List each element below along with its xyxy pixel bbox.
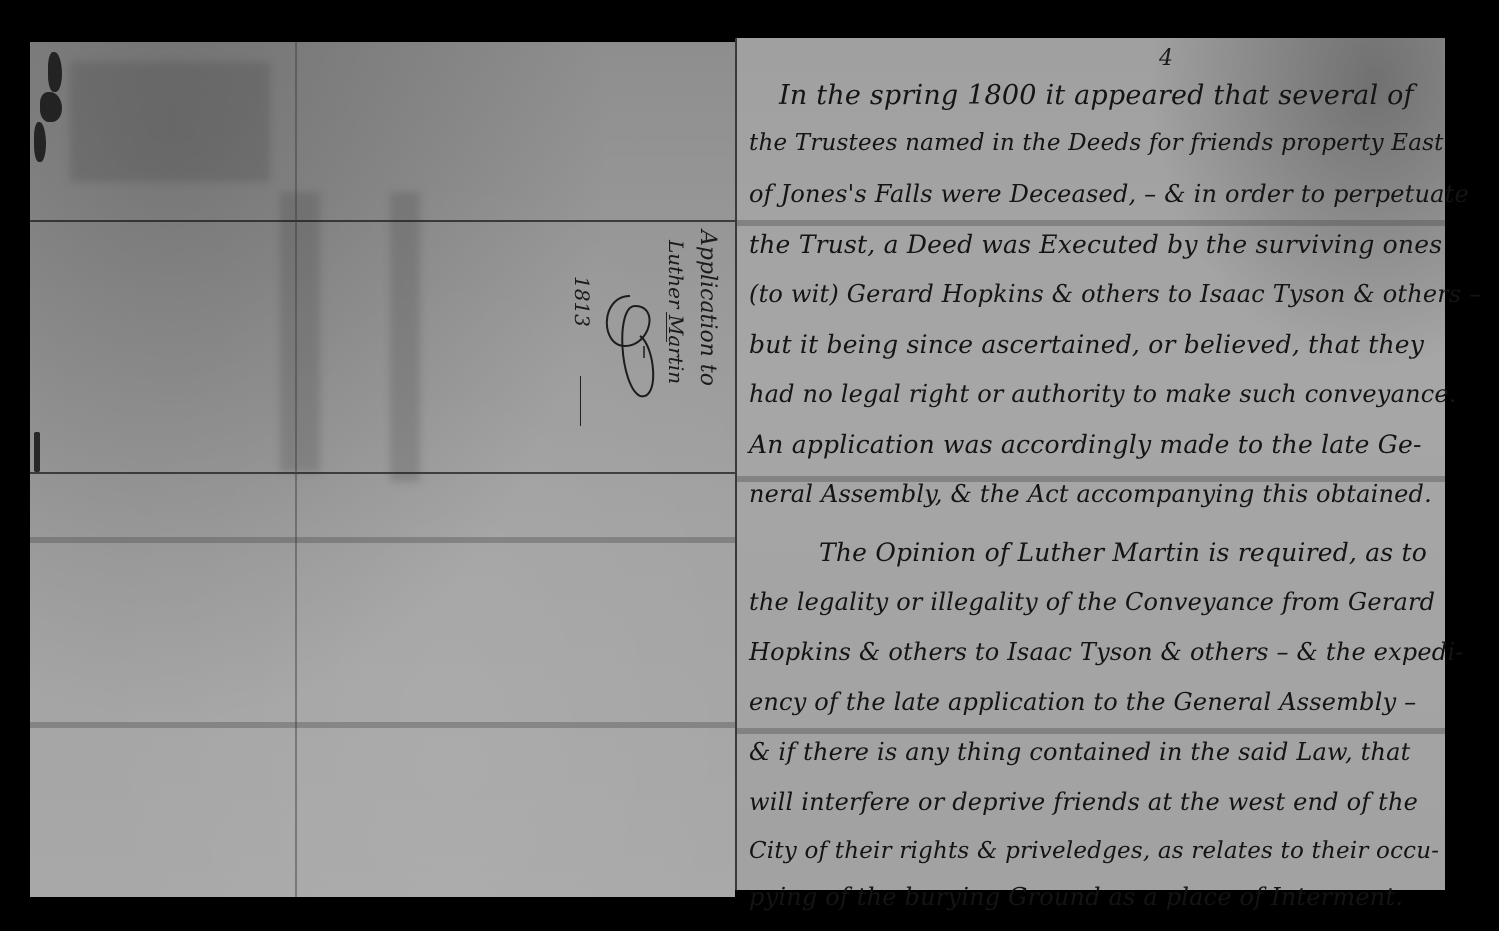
text-line: The Opinion of Luther Martin is required… [819, 538, 1427, 567]
ink-stain [48, 52, 62, 92]
fold-line [30, 537, 735, 543]
text-line: pying of the burying Ground as a place o… [749, 883, 1403, 911]
fold-line [295, 42, 297, 897]
manuscript-leaf: 4 In the spring 1800 it appeared that se… [735, 38, 1445, 890]
text-line: & if there is any thing contained in the… [749, 738, 1410, 766]
text-line: An application was accordingly made to t… [749, 430, 1422, 459]
water-stain [390, 192, 420, 482]
water-stain [280, 192, 320, 472]
text-line: the Trust, a Deed was Executed by the su… [749, 230, 1442, 259]
text-line: Hopkins & others to Isaac Tyson & others… [749, 638, 1464, 666]
document-scan: Application to Luther Martin 1813 4 In t… [0, 0, 1499, 931]
text-line: will interfere or deprive friends at the… [749, 788, 1418, 816]
text-line: had no legal right or authority to make … [749, 380, 1457, 408]
fold-line [30, 472, 735, 474]
ink-stain [40, 92, 62, 122]
docket-notation: Application to Luther Martin 1813 [570, 226, 720, 426]
fold-line [30, 722, 735, 728]
docket-leaf [30, 42, 735, 897]
ink-mark [34, 432, 40, 472]
text-line: the legality or illegality of the Convey… [749, 588, 1435, 616]
water-stain [70, 62, 270, 182]
fold-line [30, 220, 735, 222]
fold-line [737, 220, 1445, 226]
text-line: ency of the late application to the Gene… [749, 688, 1416, 716]
fold-line [737, 728, 1445, 734]
docket-rule [580, 376, 581, 426]
docket-title: Application to [695, 230, 720, 386]
text-line: In the spring 1800 it appeared that seve… [779, 80, 1414, 111]
text-line: the Trustees named in the Deeds for frie… [749, 130, 1444, 156]
text-line: of Jones's Falls were Deceased, – & in o… [749, 180, 1469, 208]
text-line: (to wit) Gerard Hopkins & others to Isaa… [749, 280, 1481, 308]
text-line: City of their rights & priveledges, as r… [749, 838, 1439, 864]
text-line: but it being since ascertained, or belie… [749, 330, 1424, 359]
docket-year: 1813 [570, 276, 594, 327]
ink-stain [34, 122, 46, 162]
text-line: neral Assembly, & the Act accompanying t… [749, 480, 1432, 508]
flourish-icon [590, 276, 670, 406]
page-number: 4 [1159, 46, 1173, 71]
